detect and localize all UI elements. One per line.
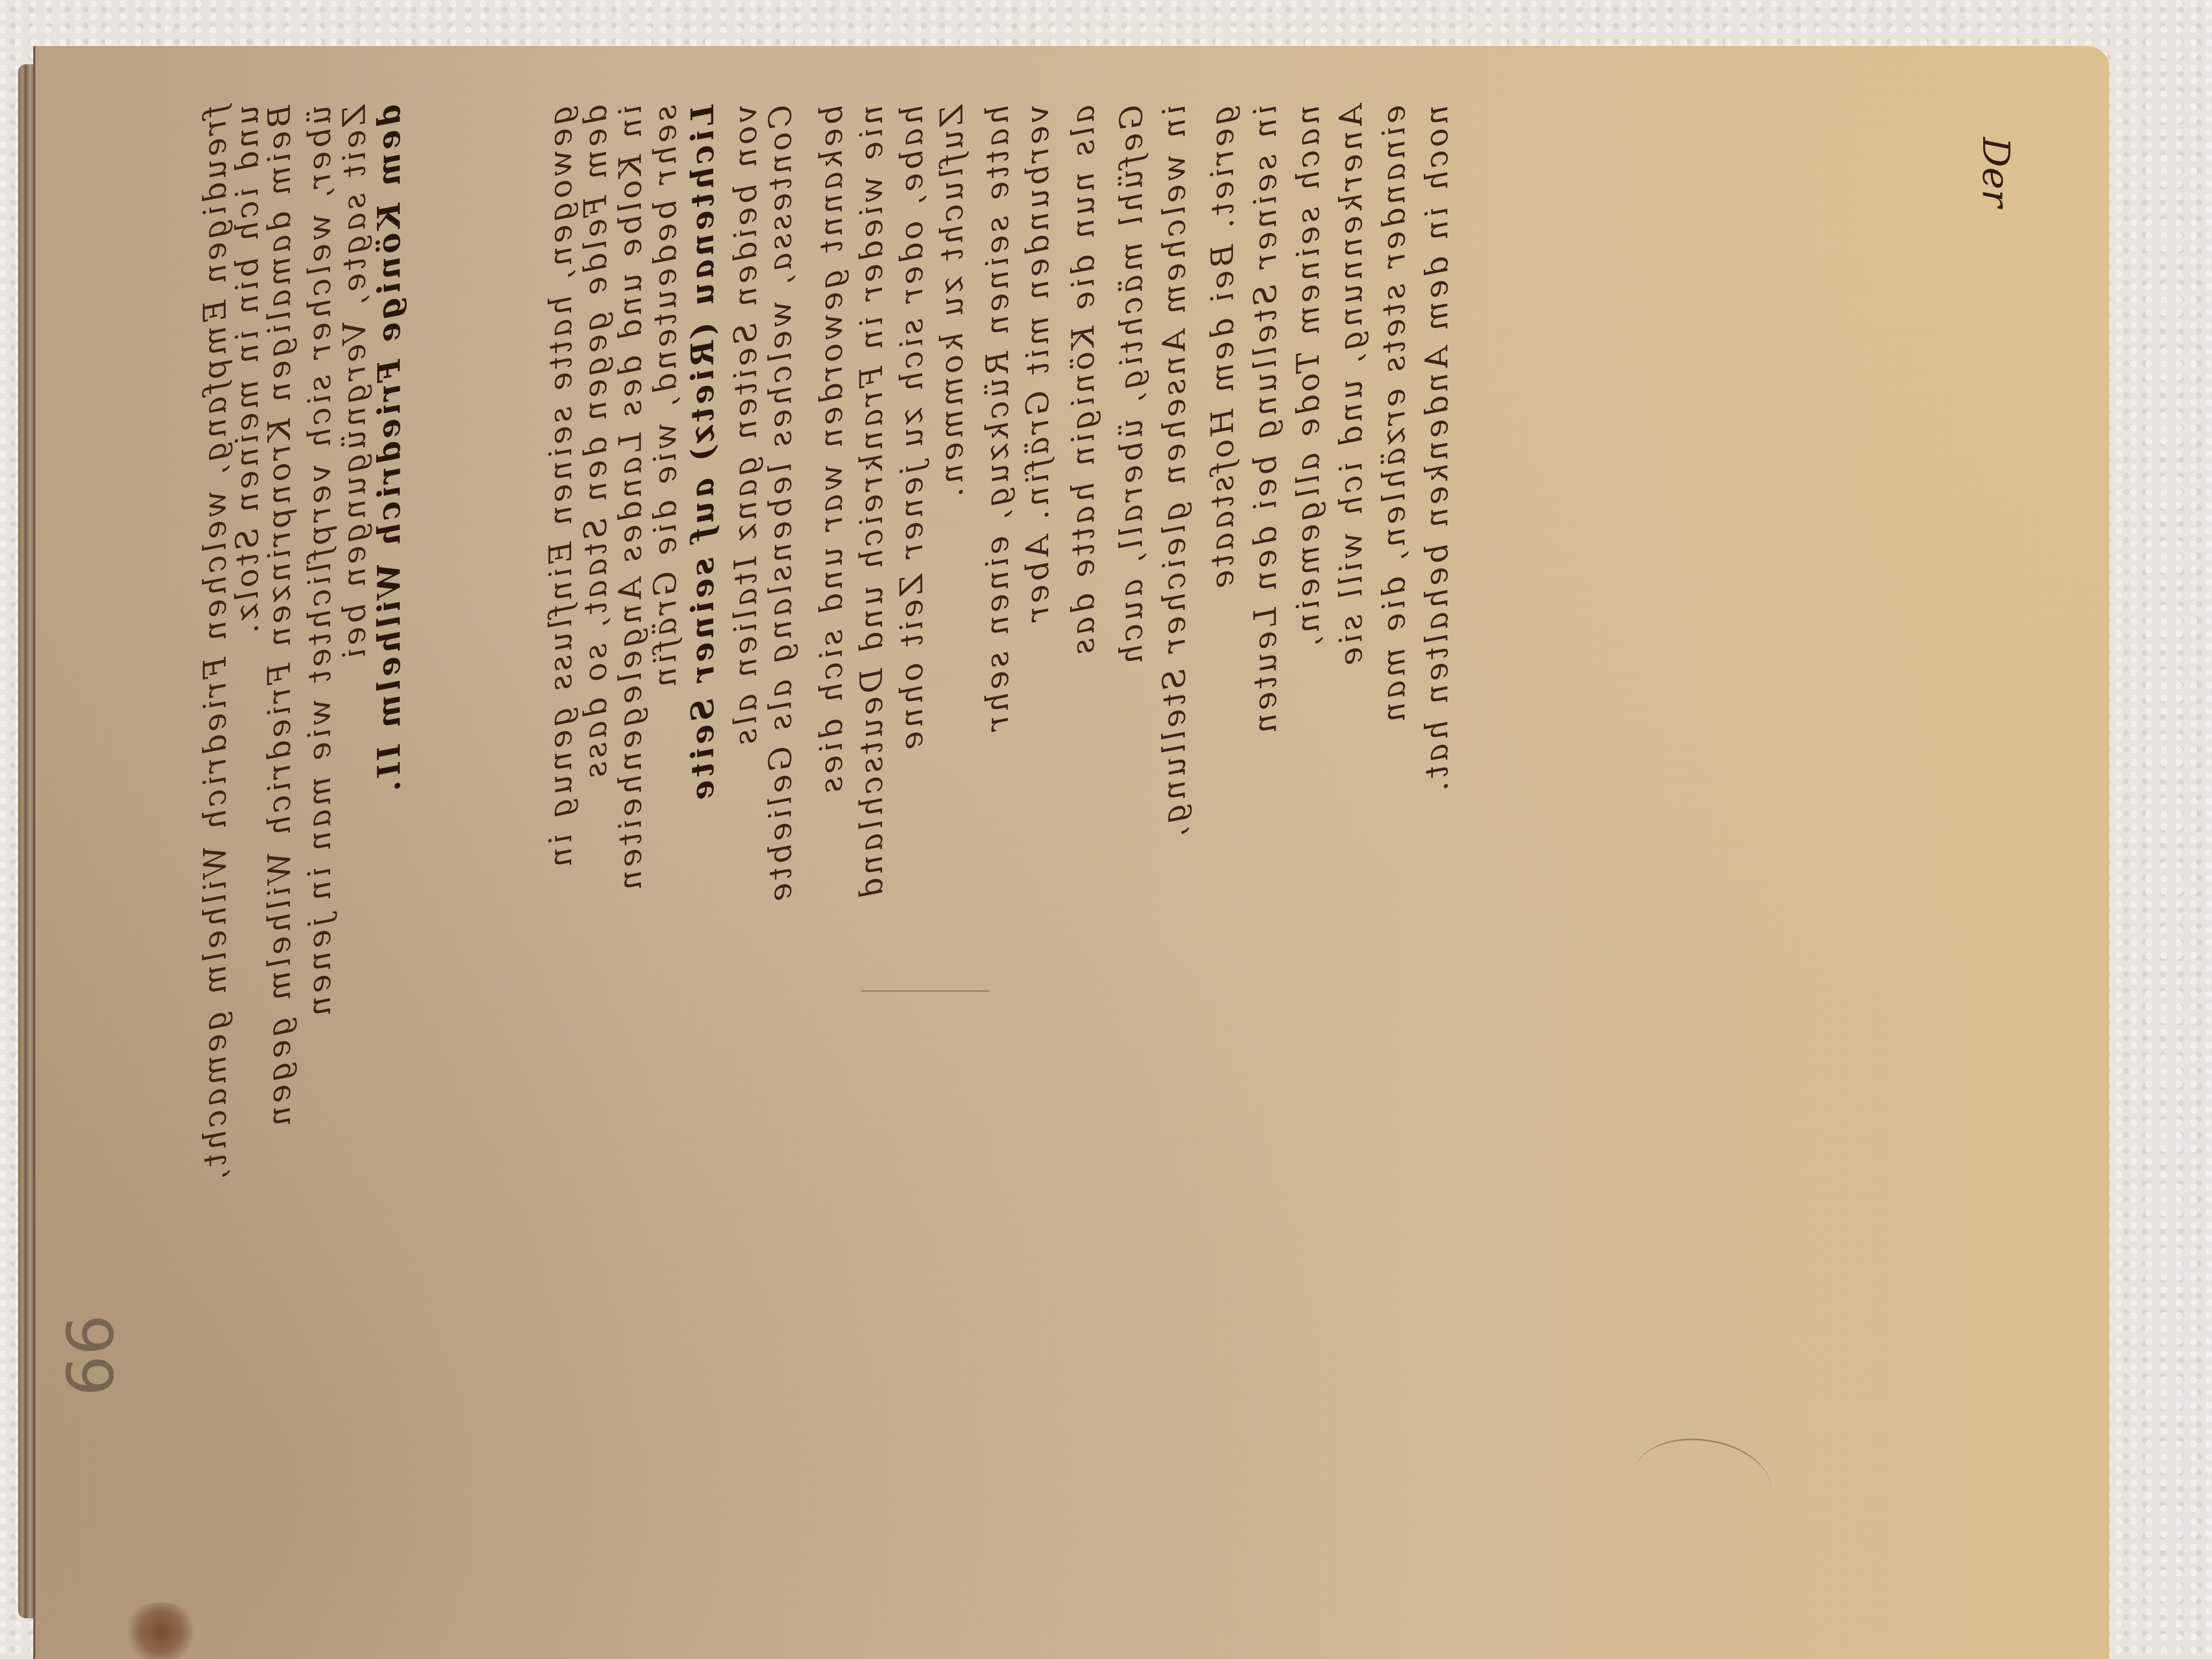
ink-stain — [123, 1602, 198, 1659]
text-line: hatte seinen Rückzug, einen sehr — [978, 105, 1016, 941]
text-line: einander stets erzählen, die man — [1375, 105, 1413, 941]
text-line: geriet. Bei dem Hofstaate — [1204, 105, 1241, 941]
text-line: Gefühl mächtig, überall, auch — [1112, 105, 1150, 941]
text-line: Zeit sagte, Vergnügungen bei — [335, 105, 373, 941]
text-line: sehr bedeutend, wie die Gräfin — [646, 105, 684, 941]
manuscript-page: freudigen Empfang, welchen Friedrich Wil… — [35, 46, 2109, 1659]
divider-rule — [861, 990, 989, 992]
text-line: nach seinem Tode allgemein, — [1289, 105, 1327, 941]
text-line: dem Könige Friedrich Wilhelm II. — [370, 105, 408, 941]
text-line: verbunden mit Gräfin. Aber — [1019, 105, 1056, 941]
text-line: dem Felde gegen den Staat, so dass — [577, 105, 614, 941]
text-line: in Kolbe und des Landes Angelegenheiten — [611, 105, 649, 941]
text-line: bekannt geworden war und sich dies — [812, 105, 850, 941]
text-line: noch in dem Andenken behalten hat. — [1418, 105, 1455, 941]
text-line: gewogen, hatte seinen Einfluss genug in — [542, 105, 579, 941]
text-line: über, welcher sich verpflichtet wie man … — [301, 105, 338, 941]
page-number: 99 — [51, 1314, 125, 1396]
catchword: Der — [1974, 137, 2018, 207]
text-line: von beiden Seiten ganz Italien als — [727, 105, 764, 941]
handwritten-text-block: freudigen Empfang, welchen Friedrich Wil… — [35, 46, 2109, 1659]
text-line: Contessa, welches lebenslang als Geliebt… — [761, 105, 799, 941]
text-line: als nun die Königin hatte das — [1064, 105, 1102, 941]
text-line: Zuflucht zu kommen. — [933, 105, 970, 941]
text-line: habe, oder sich zu jener Zeit ohne — [893, 105, 930, 941]
text-line: in seiner Stellung bei den Leuten — [1246, 105, 1284, 941]
text-line: in welchem Ansehen gleicher Stellung, — [1155, 105, 1193, 941]
text-line: Anerkennung, und ich will sie — [1332, 105, 1370, 941]
text-line: Lichtenau (Rietz) auf seiner Seite — [684, 105, 721, 941]
text-line: Beim damaligen Kronprinzen Friedrich Wil… — [260, 105, 298, 941]
text-line: nie wieder in Frankreich und Deutschland — [853, 105, 890, 941]
